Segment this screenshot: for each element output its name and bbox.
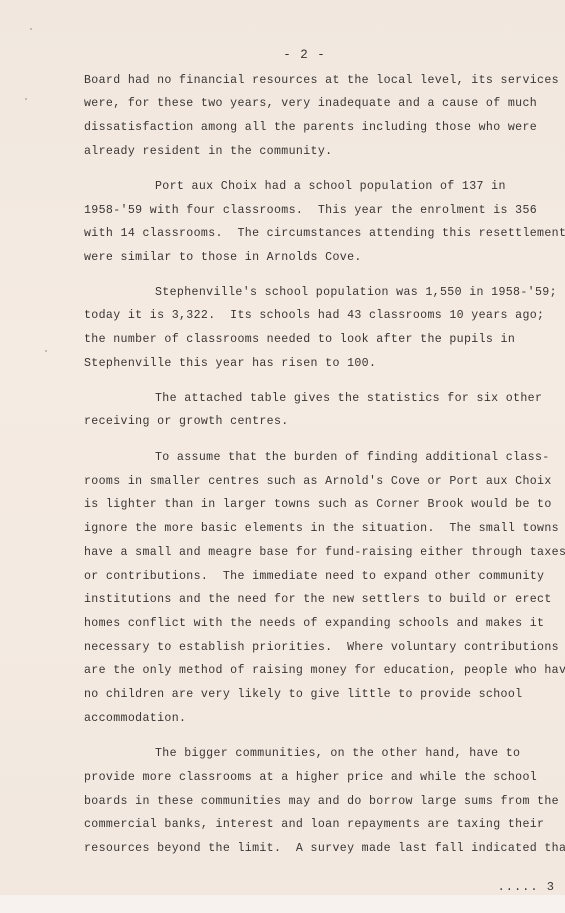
text-line: or contributions. The immediate need to … bbox=[84, 570, 544, 584]
text-line: Stephenville's school population was 1,5… bbox=[155, 286, 557, 300]
text-line: the number of classrooms needed to look … bbox=[84, 333, 515, 347]
text-line: no children are very likely to give litt… bbox=[84, 688, 522, 702]
text-line: provide more classrooms at a higher pric… bbox=[84, 771, 537, 785]
text-line: rooms in smaller centres such as Arnold'… bbox=[84, 475, 552, 489]
text-line: boards in these communities may and do b… bbox=[84, 795, 559, 809]
text-line: have a small and meagre base for fund-ra… bbox=[84, 546, 565, 560]
text-line: 1958-'59 with four classrooms. This year… bbox=[84, 204, 537, 218]
text-line: ignore the more basic elements in the si… bbox=[84, 522, 559, 536]
paper-speck bbox=[25, 98, 27, 100]
paper-speck bbox=[30, 28, 32, 30]
text-line: already resident in the community. bbox=[84, 145, 332, 159]
text-line: are the only method of raising money for… bbox=[84, 664, 565, 678]
text-line: accommodation. bbox=[84, 712, 186, 726]
text-line: today it is 3,322. Its schools had 43 cl… bbox=[84, 309, 544, 323]
text-line: dissatisfaction among all the parents in… bbox=[84, 121, 537, 135]
text-line: resources beyond the limit. A survey mad… bbox=[84, 842, 565, 856]
text-line: were similar to those in Arnolds Cove. bbox=[84, 251, 362, 265]
text-line: The bigger communities, on the other han… bbox=[155, 747, 520, 761]
text-line: homes conflict with the needs of expandi… bbox=[84, 617, 544, 631]
scan-bottom-edge bbox=[0, 895, 565, 913]
text-line: The attached table gives the statistics … bbox=[155, 392, 542, 406]
text-line: Board had no financial resources at the … bbox=[84, 74, 559, 88]
page-number: - 2 - bbox=[22, 48, 565, 62]
text-line: commercial banks, interest and loan repa… bbox=[84, 818, 544, 832]
text-line: Stephenville this year has risen to 100. bbox=[84, 357, 376, 371]
continuation-marker: ..... 3 bbox=[498, 880, 555, 894]
typewritten-page: - 2 - Board had no financial resources a… bbox=[0, 0, 565, 895]
text-line: with 14 classrooms. The circumstances at… bbox=[84, 227, 565, 241]
text-line: is lighter than in larger towns such as … bbox=[84, 498, 552, 512]
text-line: necessary to establish priorities. Where… bbox=[84, 641, 559, 655]
text-line: were, for these two years, very inadequa… bbox=[84, 97, 537, 111]
text-line: receiving or growth centres. bbox=[84, 415, 289, 429]
text-line: institutions and the need for the new se… bbox=[84, 593, 552, 607]
paper-speck bbox=[45, 350, 47, 352]
text-line: Port aux Choix had a school population o… bbox=[155, 180, 506, 194]
text-line: To assume that the burden of finding add… bbox=[155, 451, 550, 465]
